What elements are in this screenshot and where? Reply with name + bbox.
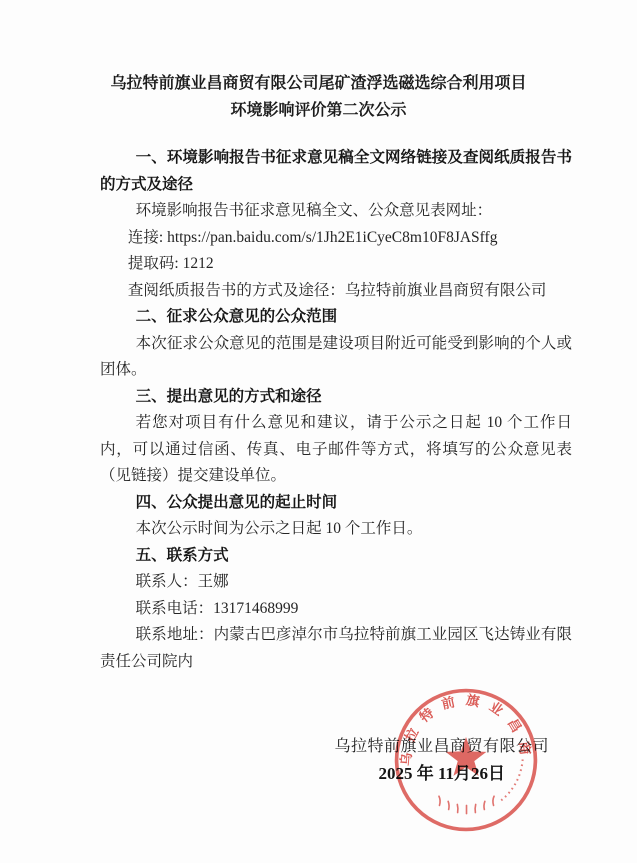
section-4-heading: 四、公众提出意见的起止时间 — [100, 490, 572, 517]
paragraph-web-address-intro: 环境影响报告书征求意见稿全文、公众意见表网址： — [100, 198, 572, 225]
footer-date: 2025 年 11月26日 — [334, 762, 549, 786]
section-2-heading: 二、征求公众意见的公众范围 — [100, 304, 572, 331]
signature-block: 乌拉特前旗业昌商贸有限公司 2025 年 11月26日 — [334, 733, 549, 786]
section-1-heading: 一、环境影响报告书征求意见稿全文网络链接及查阅纸质报告书的方式及途径 — [100, 145, 572, 198]
paragraph-contact-name: 联系人：王娜 — [100, 569, 572, 596]
paragraph-notice-period: 本次公示时间为公示之日起 10 个工作日。 — [100, 516, 572, 543]
paragraph-link-url: 连接: https://pan.baidu.com/s/1Jh2E1iCyeC8… — [100, 225, 572, 252]
seal-mongolian-script — [439, 796, 494, 813]
paragraph-feedback-method: 若您对项目有什么意见和建议，请于公示之日起 10 个工作日内，可以通过信函、传真… — [100, 410, 572, 490]
footer-company-name: 乌拉特前旗业昌商贸有限公司 — [334, 733, 549, 760]
section-5-heading: 五、联系方式 — [100, 543, 572, 570]
document-body: 一、环境影响报告书征求意见稿全文网络链接及查阅纸质报告书的方式及途径 环境影响报… — [100, 145, 572, 675]
document-page: 乌拉特前旗业昌商贸有限公司尾矿渣浮选磁选综合利用项目 环境影响评价第二次公示 一… — [0, 0, 637, 863]
document-title: 乌拉特前旗业昌商贸有限公司尾矿渣浮选磁选综合利用项目 环境影响评价第二次公示 — [0, 0, 637, 124]
paragraph-extract-code: 提取码: 1212 — [100, 251, 572, 278]
section-3-heading: 三、提出意见的方式和途径 — [100, 384, 572, 411]
paragraph-contact-address: 联系地址：内蒙古巴彦淖尔市乌拉特前旗工业园区飞达铸业有限责任公司院内 — [100, 622, 572, 675]
doc-title-line-1: 乌拉特前旗业昌商贸有限公司尾矿渣浮选磁选综合利用项目 — [0, 70, 637, 97]
doc-title-line-2: 环境影响评价第二次公示 — [0, 97, 637, 124]
paragraph-paper-review: 查阅纸质报告书的方式及途径：乌拉特前旗业昌商贸有限公司 — [100, 278, 572, 305]
paragraph-contact-phone: 联系电话：13171468999 — [100, 596, 572, 623]
paragraph-public-scope: 本次征求公众意见的范围是建设项目附近可能受到影响的个人或团体。 — [100, 331, 572, 384]
